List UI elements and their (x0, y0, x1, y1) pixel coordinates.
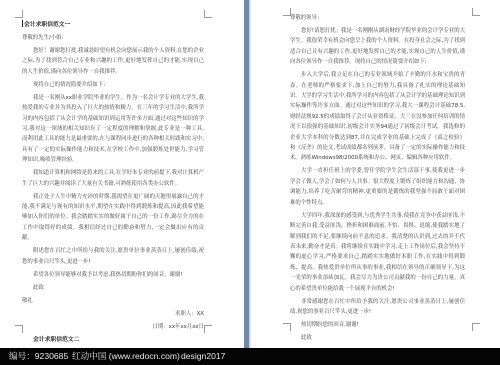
image-id-label: 编号：9230685 (9, 348, 68, 365)
site-credit: 红动中国 (www.redocn.com) (72, 348, 180, 365)
watermark-footer: 编号：9230685 红动中国 (www.redocn.com) design2… (0, 348, 500, 365)
salutation: 尊敬的领导： (290, 13, 465, 23)
paragraph: 希望各位领导能够对我予以考虑,我热切期盼你们的回音。谢谢! (22, 270, 204, 280)
closing-salute: 此致 (290, 333, 465, 343)
document-viewer[interactable]: 会计求职信范文一 尊敬的先生/小姐： 您好！谢谢您打扰,我诚恳盼望有机会向您展示… (0, 0, 500, 348)
paragraph: 您好!请恕打扰。我是一名刚刚从湖南财经学院毕业的会计学专业的大学生。我很荣幸有机… (290, 26, 465, 68)
right-page-body[interactable]: 尊敬的领导： 您好!请恕打扰。我是一名刚刚从湖南财经学院毕业的会计学专业的大学生… (290, 13, 465, 346)
paragraph: 步入大学后,我立足在自己的专业领域开始了辛勤的汗水和宝贵的青春。在老师的严格要求… (290, 70, 465, 164)
paragraph: 我是一名刚从xx职业学院毕业的学生。作为一名会计学专业的大学生,我热爱我的专业并… (22, 93, 204, 166)
margin-corner-top-right (204, 10, 212, 18)
margin-corner-bottom-right (472, 323, 480, 331)
wish-line: 热切期盼您的回音,谢谢! (290, 320, 465, 330)
paragraph: 附述您在百忙之中所给与我的关注,愿贵单位事业蒸蒸日上,屡创佳绩,祝您的事业白尺竿… (22, 246, 204, 267)
closing-salute: 敬礼 (22, 296, 204, 306)
left-page-body[interactable]: 会计求职信范文一 尊敬的先生/小姐： 您好！谢谢您打扰,我诚恳盼望有机会向您展示… (22, 20, 204, 348)
paragraph: 现将自己的情况简要介绍如下： (22, 80, 204, 90)
paragraph: 非常感谢您在百忙中所给予我的关注,愿贵公司事业蒸蒸日上,屡创佳绩,祝您的事业百尺… (290, 297, 465, 318)
paragraph: 大学一直担任班上的学委,曾任学院学生会生活部干事,使我更进一步学会了做人,学会了… (290, 166, 465, 208)
designer-tag: design2017 (181, 348, 225, 365)
heading-sample-1: 会计求职信范文一 (22, 20, 204, 30)
margin-corner-top-left (15, 10, 23, 18)
date-line: 日期：xx年xx月xx日 (22, 322, 204, 332)
paragraph-closing: 此致 (22, 283, 204, 293)
heading-text: 会计求职信范文一 (24, 22, 70, 28)
paragraph: 您好！谢谢您打扰,我诚恳盼望有机会向您展示我的个人资料,在您的企业之际,为了找到… (22, 46, 204, 77)
salutation: 尊敬的先生/小姐： (22, 33, 204, 43)
margin-corner-bottom-right (204, 325, 212, 333)
heading-sample-2: 会计求职信范文二 (22, 335, 204, 345)
document-page-left[interactable]: 会计求职信范文一 尊敬的先生/小姐： 您好！谢谢您打扰,我诚恳盼望有机会向您展示… (0, 0, 244, 348)
paragraph: 大学四年,我深深的感受到,与优秀学生共事,使我在竞争中获益匪浅,不断完善自我,受… (290, 211, 465, 294)
paragraph: 我正处于人生中精力充沛的时期,我渴望在更广阔的天地里展露自己的才能,我不满足与现… (22, 192, 204, 244)
paragraph: 我知道计算机和网络是将来的工具,在学好本专业的前提下,我对计算机产生了巨大的兴趣… (22, 168, 204, 189)
margin-corner-top-right (472, 8, 480, 16)
text-cursor (22, 20, 23, 27)
signature: 求职人：XX (22, 309, 204, 319)
